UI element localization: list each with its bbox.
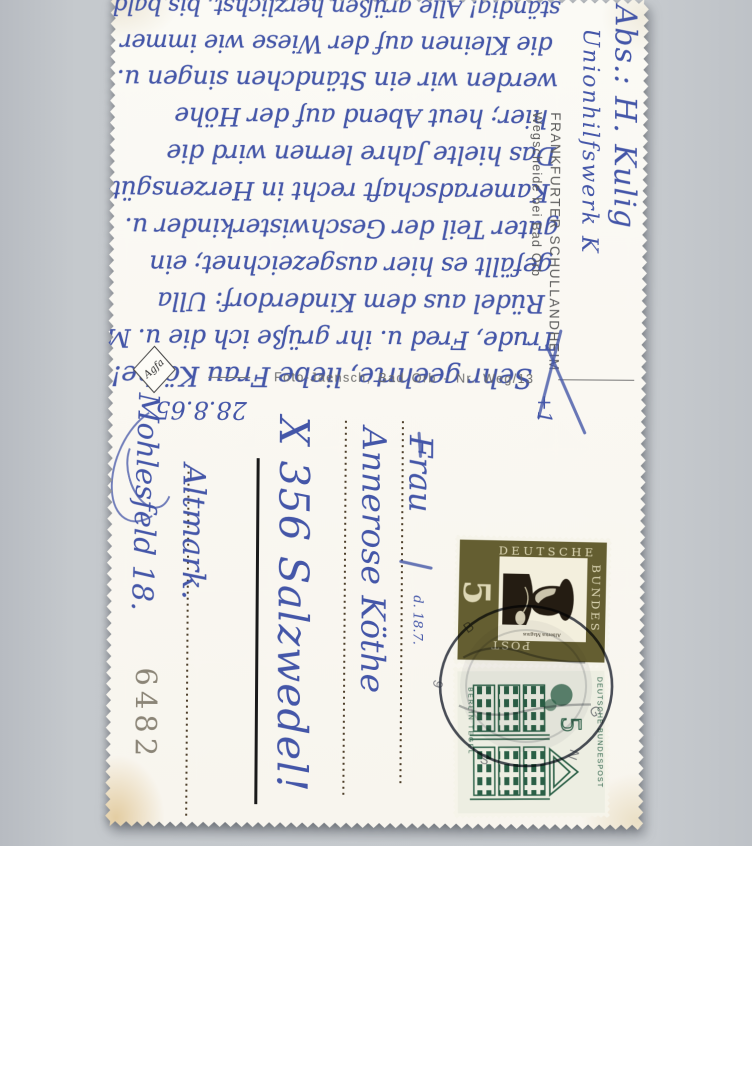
address-guide-dotted-2 <box>342 421 347 799</box>
publisher-line: Foto-Jaensch, Bad Orb - Nr. Weg/13 <box>250 370 558 386</box>
address-region-line: Altmark. <box>175 464 212 600</box>
message-line: Das hielte Jahre lernen wird die <box>114 134 556 174</box>
pencil-code: 6482 <box>129 667 164 761</box>
publisher-divider: Foto-Jaensch, Bad Orb - Nr. Weg/13 <box>208 370 634 387</box>
message-line: die Kleinen auf der Wiese wie immer <box>114 23 552 63</box>
divider-dash-left <box>208 376 250 377</box>
message-line: guter Teil der Geschwisterkinder u. <box>113 208 559 248</box>
sender-line: Abs.: H. Kulig <box>606 5 643 229</box>
postcard: Sehr geehrte, liebe Frau Köthe! Trude, F… <box>105 0 649 830</box>
printed-subheading: Wegscheide bei Bad Orb <box>526 112 546 372</box>
page-margin <box>0 846 752 1072</box>
message-line: hier; heut Abend auf der Höhe <box>114 97 548 137</box>
address-name: Annerose Köthe <box>353 427 394 693</box>
scanned-postcard-screenshot: Sehr geehrte, liebe Frau Köthe! Trude, F… <box>0 0 752 1072</box>
ink-stroke <box>399 560 433 570</box>
agfa-logo-diamond: Agfa <box>130 347 176 393</box>
handwritten-message-block: Sehr geehrte, liebe Frau Köthe! Trude, F… <box>112 0 561 396</box>
address-street-line: Mohlesfeld 18. <box>125 392 166 611</box>
address-underline-solid <box>254 458 259 804</box>
message-line: Kameradschaft recht in Herzensgüte. <box>113 171 549 211</box>
message-line: Trude, Fred u. ihr grüße ich die u. Mir <box>112 319 556 359</box>
postcard-back: Sehr geehrte, liebe Frau Köthe! Trude, F… <box>105 0 649 830</box>
svg-text:6: 6 <box>429 677 447 690</box>
message-line: Rüdel aus dem Kinderdorf: Ulla <box>113 282 545 322</box>
address-city-line: X 356 Salzwedel! <box>267 416 318 793</box>
message-line: ständig! Alle grüßen herzlichst, bis bal… <box>115 0 561 26</box>
divider-dash-right <box>558 379 634 381</box>
message-line: werden wir ein Ständchen singen u. <box>114 60 558 100</box>
message-line: gefällt es hier ausgezeichnet; ein <box>113 245 553 285</box>
sender-organization-line: Unionhilfswerk K <box>576 28 603 254</box>
postmark: 6 B G N S <box>420 587 633 788</box>
printed-heading: FRANKFURTER SCHULLANDHEIM <box>544 112 565 372</box>
